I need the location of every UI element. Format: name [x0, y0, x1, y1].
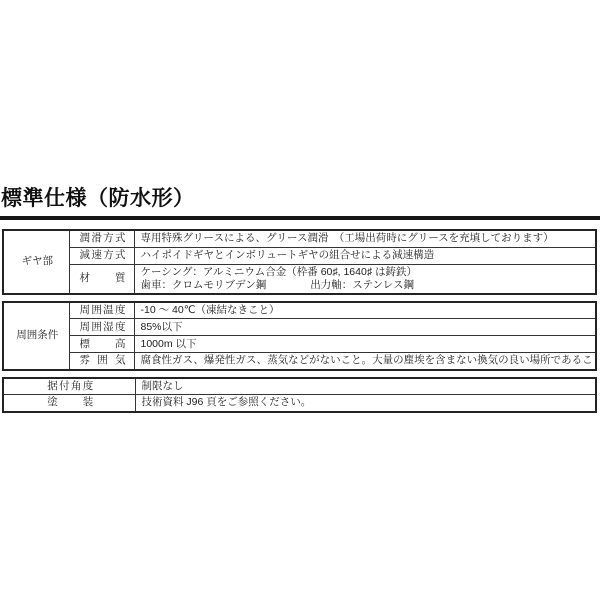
spec-label-cell: 潤滑方式	[69, 230, 134, 247]
group-label-ambient: 周囲条件	[3, 302, 69, 370]
material-gear-text: 歯車：クロムモリブデン鋼	[141, 279, 267, 291]
spec-value-atmosphere: 腐食性ガス、爆発性ガス、蒸気などがないこと。大量の塵埃を含まない換気の良い場所で…	[134, 353, 596, 370]
group-label-gear: ギヤ部	[3, 230, 69, 294]
material-gear-shaft-line: 歯車：クロムモリブデン鋼出力軸：ステンレス鋼	[141, 279, 592, 292]
table-row: ギヤ部 潤滑方式 専用特殊グリースによる、グリース潤滑 （工場出荷時にグリースを…	[3, 230, 596, 247]
table-row: 周囲条件 周囲温度 -10 ～ 40℃（凍結なきこと）	[3, 302, 596, 319]
catalog-page: 標準仕様（防水形） ギヤ部 潤滑方式 専用特殊グリースによる、グリース潤滑 （工…	[0, 0, 600, 600]
spec-label-material: 材質	[80, 272, 126, 285]
spec-label-mounting-angle: 据付角度	[47, 380, 93, 393]
spec-label-cell: 据付角度	[3, 378, 135, 395]
spec-value-humidity: 85%以下	[134, 319, 596, 336]
spec-value-temperature: -10 ～ 40℃（凍結なきこと）	[134, 302, 596, 319]
table-row: 減速方式 ハイポイドギヤとインボリュートギヤの組合せによる減速構造	[3, 247, 596, 264]
material-casing-line: ケーシング：アルミニウム合金（枠番 60♯, 1640♯ は鋳鉄）	[141, 266, 592, 279]
spec-label-cell: 塗装	[3, 395, 135, 412]
spec-label-lubrication: 潤滑方式	[80, 232, 126, 245]
table-row: 標高 1000m 以下	[3, 336, 596, 353]
spec-value-coating: 技術資料 J96 頁をご参照ください。	[135, 395, 596, 412]
table-row: 据付角度 制限なし	[3, 378, 596, 395]
spec-label-cell: 減速方式	[69, 247, 134, 264]
material-shaft-text: 出力軸：ステンレス鋼	[310, 279, 414, 291]
misc-spec-table: 据付角度 制限なし 塗装 技術資料 J96 頁をご参照ください。	[2, 377, 597, 413]
spec-value-mounting-angle: 制限なし	[135, 378, 596, 395]
table-row: 材質 ケーシング：アルミニウム合金（枠番 60♯, 1640♯ は鋳鉄） 歯車：…	[3, 264, 596, 294]
page-title: 標準仕様（防水形）	[1, 186, 195, 212]
spec-label-cell: 標高	[69, 336, 134, 353]
spec-label-atmosphere: 雰囲気	[80, 354, 126, 367]
spec-label-cell: 周囲温度	[69, 302, 134, 319]
spec-label-altitude: 標高	[80, 338, 126, 351]
spec-value-altitude: 1000m 以下	[134, 336, 596, 353]
spec-label-reduction: 減速方式	[80, 249, 126, 262]
title-underline	[0, 216, 600, 220]
ambient-spec-table: 周囲条件 周囲温度 -10 ～ 40℃（凍結なきこと） 周囲湿度 85%以下 標…	[2, 301, 597, 371]
spec-value-reduction: ハイポイドギヤとインボリュートギヤの組合せによる減速構造	[134, 247, 596, 264]
spec-label-cell: 材質	[69, 264, 134, 294]
spec-value-material: ケーシング：アルミニウム合金（枠番 60♯, 1640♯ は鋳鉄） 歯車：クロム…	[134, 264, 596, 294]
gear-spec-table: ギヤ部 潤滑方式 専用特殊グリースによる、グリース潤滑 （工場出荷時にグリースを…	[2, 229, 597, 295]
spec-label-cell: 雰囲気	[69, 353, 134, 370]
table-row: 雰囲気 腐食性ガス、爆発性ガス、蒸気などがないこと。大量の塵埃を含まない換気の良…	[3, 353, 596, 370]
spec-tables: ギヤ部 潤滑方式 専用特殊グリースによる、グリース潤滑 （工場出荷時にグリースを…	[2, 229, 597, 419]
spec-label-cell: 周囲湿度	[69, 319, 134, 336]
table-row: 周囲湿度 85%以下	[3, 319, 596, 336]
spec-label-temperature: 周囲温度	[80, 304, 126, 317]
spec-value-lubrication: 専用特殊グリースによる、グリース潤滑 （工場出荷時にグリースを充填しております）	[134, 230, 596, 247]
spec-label-coating: 塗装	[47, 396, 93, 409]
table-row: 塗装 技術資料 J96 頁をご参照ください。	[3, 395, 596, 412]
spec-label-humidity: 周囲湿度	[80, 321, 126, 334]
